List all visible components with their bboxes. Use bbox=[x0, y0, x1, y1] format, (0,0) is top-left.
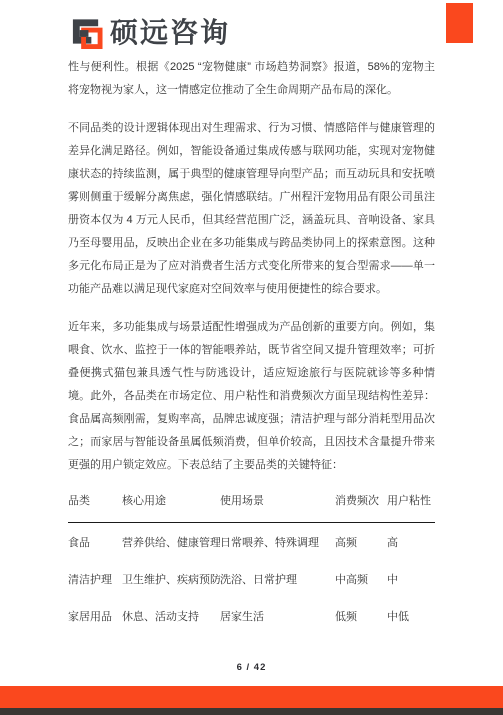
table-cell: 低频 bbox=[335, 608, 387, 624]
table-header-stickiness: 用户粘性 bbox=[387, 492, 435, 508]
table-header-scenario: 使用场景 bbox=[220, 492, 335, 508]
table-body: 食品 营养供给、健康管理 日常喂养、特殊调理 高频 高 清洁护理 卫生维护、疾病… bbox=[68, 523, 435, 634]
table-row: 清洁护理 卫生维护、疾病预防 洗浴、日常护理 中高频 中 bbox=[68, 560, 435, 597]
paragraph-2: 不同品类的设计逻辑体现出对生理需求、行为习惯、情感陪伴与健康管理的差异化满足路径… bbox=[68, 117, 435, 301]
table-row: 家居用品 休息、活动支持 居家生活 低频 中低 bbox=[68, 597, 435, 634]
table-cell: 食品 bbox=[68, 534, 122, 550]
table-cell: 家居用品 bbox=[68, 608, 122, 624]
table-header-core-use: 核心用途 bbox=[122, 492, 220, 508]
paragraph-3: 近年来，多功能集成与场景适配性增强成为产品创新的重要方向。例如，集喂食、饮水、监… bbox=[68, 316, 435, 477]
table-cell: 营养供给、健康管理 bbox=[122, 534, 220, 550]
viewport-bottom-strip bbox=[0, 708, 503, 715]
document-body: 性与便利性。根据《2025 “宠物健康” 市场趋势洞察》报道，58%的宠物主将宠… bbox=[68, 56, 435, 634]
table-cell: 清洁护理 bbox=[68, 571, 122, 587]
table-cell: 居家生活 bbox=[220, 608, 335, 624]
accent-corner-block bbox=[446, 3, 473, 43]
footer-accent-band bbox=[0, 686, 503, 708]
table-cell: 日常喂养、特殊调理 bbox=[220, 534, 335, 550]
brand-logo-icon bbox=[70, 15, 103, 51]
table-header-frequency: 消费频次 bbox=[335, 492, 387, 508]
paragraph-1: 性与便利性。根据《2025 “宠物健康” 市场趋势洞察》报道，58%的宠物主将宠… bbox=[68, 56, 435, 102]
table-cell: 高 bbox=[387, 534, 435, 550]
brand-header: 硕远咨询 bbox=[70, 15, 230, 51]
table-cell: 中高频 bbox=[335, 571, 387, 587]
table-cell: 中低 bbox=[387, 608, 435, 624]
table-cell: 休息、活动支持 bbox=[122, 608, 220, 624]
table-cell: 中 bbox=[387, 571, 435, 587]
table-header-category: 品类 bbox=[68, 492, 122, 508]
category-features-table: 品类 核心用途 使用场景 消费频次 用户粘性 食品 营养供给、健康管理 日常喂养… bbox=[68, 492, 435, 634]
table-cell: 高频 bbox=[335, 534, 387, 550]
table-header-row: 品类 核心用途 使用场景 消费频次 用户粘性 bbox=[68, 492, 435, 523]
brand-name: 硕远咨询 bbox=[110, 19, 230, 47]
table-cell: 卫生维护、疾病预防 bbox=[122, 571, 220, 587]
page-indicator: 6 / 42 bbox=[0, 662, 503, 673]
table-row: 食品 营养供给、健康管理 日常喂养、特殊调理 高频 高 bbox=[68, 523, 435, 560]
table-cell: 洗浴、日常护理 bbox=[220, 571, 335, 587]
